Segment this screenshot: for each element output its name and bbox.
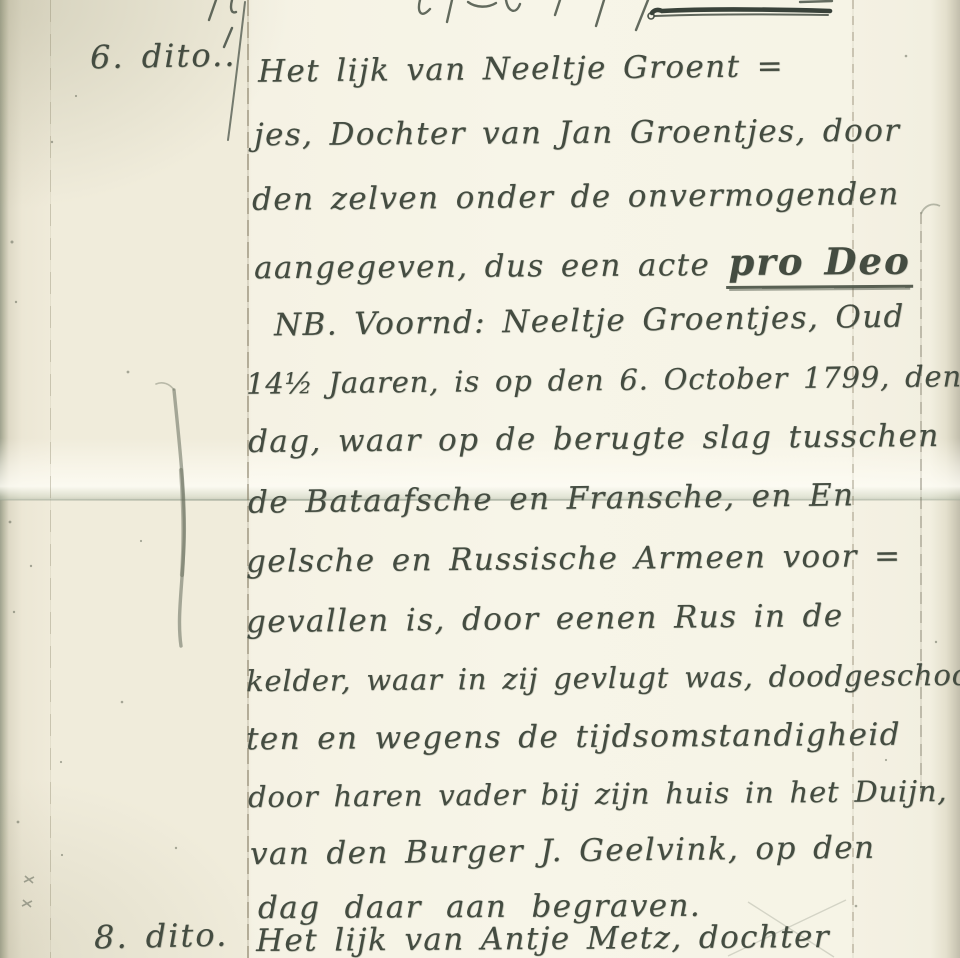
register-line-nb: NB. Voornd: Neeltje Groentjes, Oud [274,300,905,344]
register-line: de Bataafsche en Fransche, en En [248,478,855,521]
pencil-line-hook [921,204,940,214]
entry-date-8-dito: 8. dito. [94,917,229,957]
register-line: Het lijk van Antje Metz, dochter [256,920,830,958]
register-line: van den Burger J. Geelvink, op den [250,831,876,873]
register-line: ten en wegens de tijdsomstandigheid [246,718,901,758]
register-line: Het lijk van Neeltje Groent = [258,49,784,90]
register-line: dag, waar op de berugte slag tusschen [248,419,940,461]
register-page-scan: 6. dito.. Het lijk van Neeltje Groent = … [0,0,960,958]
right-margin-pencil-line [920,212,922,797]
register-line: gevallen is, door eenen Rus in de [246,599,844,641]
register-line: den zelven onder de onvermogenden [252,177,900,218]
margin-pencil-stroke [156,383,184,646]
acte-text: aangegeven, dus een acte [254,247,710,286]
top-edge-ink-fragments [209,0,832,30]
bottom-left-pencil-ticks [22,876,34,907]
pro-deo-underlined: pro Deo [726,239,913,289]
register-line: door haren vader bij zijn huis in het Du… [248,775,948,814]
register-line: kelder, waar in zij gevlugt was, doodges… [246,659,960,699]
left-fold-line [50,0,51,958]
register-line: jes, Dochter van Jan Groentjes, door [254,114,901,154]
heavy-double-underline [648,10,830,19]
register-line: gelsche en Russische Armeen voor = [246,539,902,580]
entry-date-6-dito: 6. dito.. [90,37,237,76]
register-line-acte-pro-deo: aangegeven, dus een acte pro Deo [254,240,913,287]
